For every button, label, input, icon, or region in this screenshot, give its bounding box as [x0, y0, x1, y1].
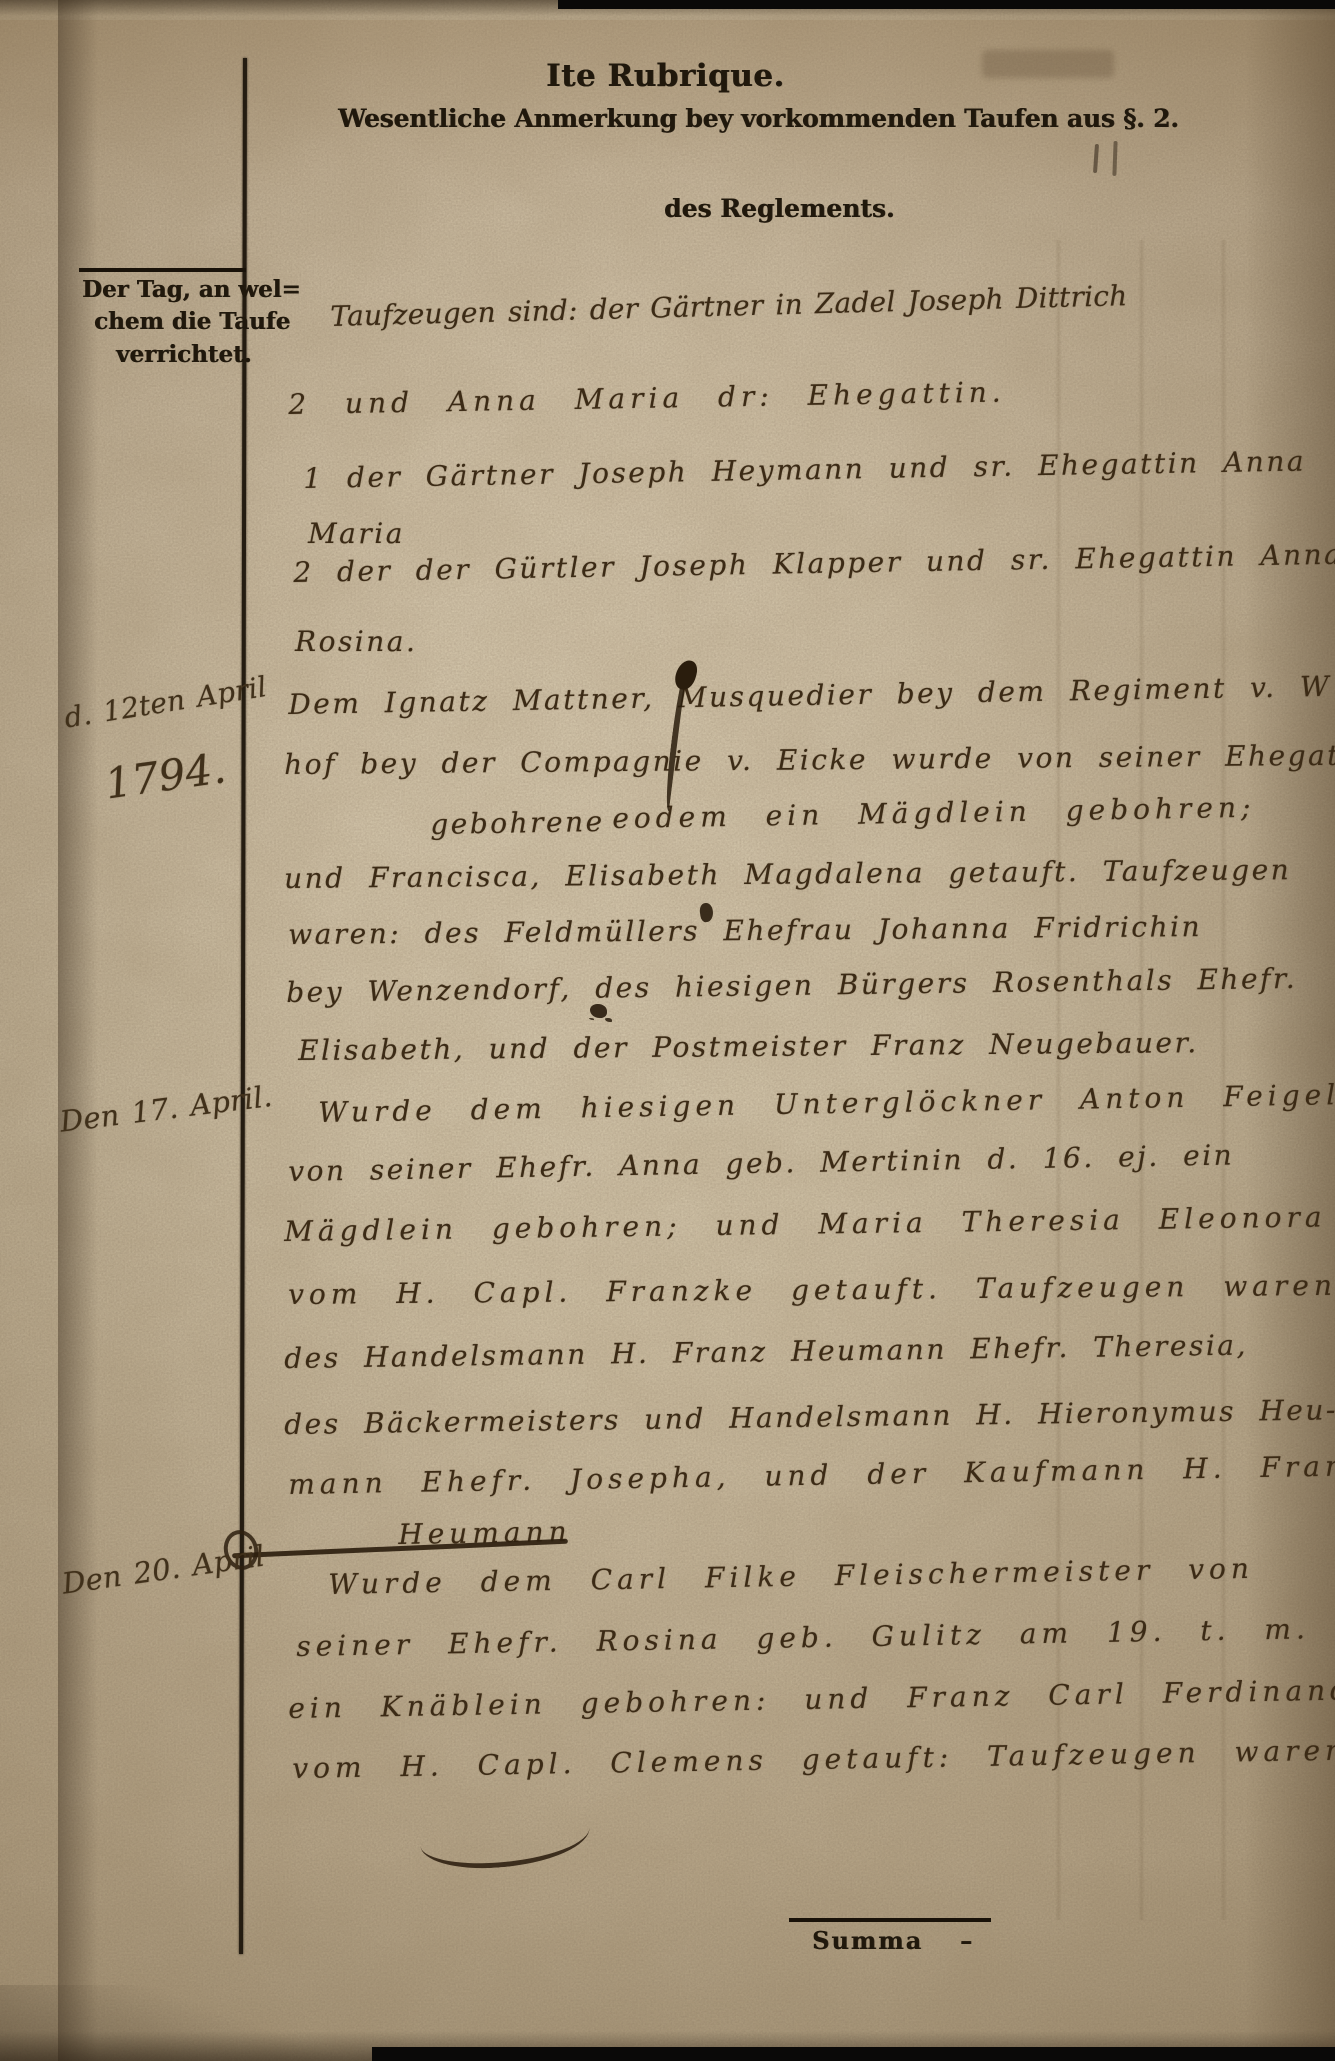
handwritten-line: Mägdlein gebohren; und Maria Theresia El…: [284, 1200, 1327, 1248]
register-page-scan: Ite Rubrique. Wesentliche Anmerkung bey …: [0, 0, 1335, 2061]
handwritten-line: hof bey der Compagnie v. Eicke wurde von…: [284, 738, 1335, 781]
handwritten-line: Wurde dem hiesigen Unterglöckner Anton F…: [318, 1078, 1335, 1129]
page-subtitle-line2: des Reglements.: [664, 194, 895, 223]
ink-bleedthrough: [982, 50, 1114, 78]
handwritten-line: Maria: [308, 517, 405, 550]
gutter-shadow: [58, 0, 98, 2061]
paper-crease: [1055, 240, 1062, 1920]
date-column-header-line: chem die Taufe: [94, 308, 290, 335]
handwritten-line: vom H. Capl. Clemens getauft: Taufzeugen…: [292, 1733, 1335, 1785]
handwritten-line: ein Knäblein gebohren: und Franz Carl Fe…: [288, 1673, 1335, 1725]
handwritten-line: des Bäckermeisters und Handelsmann H. Hi…: [284, 1393, 1335, 1441]
paper-crease: [1138, 240, 1145, 1920]
date-column-header-line: verrichtet.: [116, 341, 252, 368]
handwritten-line: von seiner Ehefr. Anna geb. Mertinin d. …: [288, 1138, 1234, 1188]
ink-tick-mark: [1093, 144, 1099, 173]
ink-blot: [590, 1004, 607, 1018]
handwritten-line: Dem Ignatz Mattner, Musquedier bey dem R…: [288, 670, 1331, 721]
summa-value: –: [960, 1926, 972, 1955]
handwritten-line: mann Ehefr. Josepha, und der Kaufmann H.…: [288, 1449, 1335, 1501]
page-subtitle-line1: Wesentliche Anmerkung bey vorkommenden T…: [338, 104, 1179, 133]
handwritten-line: waren: des Feldmüllers Ehefrau Johanna F…: [288, 910, 1202, 951]
handwritten-line: seiner Ehefr. Rosina geb. Gulitz am 19. …: [296, 1612, 1310, 1663]
handwritten-line: Wurde dem Carl Filke Fleischermeister vo…: [328, 1552, 1254, 1601]
handwritten-line: vom H. Capl. Franzke getauft. Taufzeugen…: [288, 1269, 1335, 1311]
handwritten-line: 2 der der Gürtler Joseph Klapper und sr.…: [293, 538, 1335, 589]
pen-flourish: [418, 1800, 592, 1873]
handwritten-line: 2 und Anna Maria dr: Ehegattin.: [288, 375, 1006, 421]
handwritten-line: des Handelsmann H. Franz Heumann Ehefr. …: [284, 1329, 1248, 1375]
date-entry-line: 1794.: [102, 743, 229, 808]
handwritten-line: Taufzeugen sind: der Gärtner in Zadel Jo…: [330, 279, 1128, 333]
summa-rule: [789, 1918, 991, 1922]
handwritten-line: bey Wenzendorf, des hiesigen Bürgers Ros…: [286, 962, 1297, 1009]
summa-label: Summa: [812, 1926, 923, 1955]
handwritten-line: 1 der Gärtner Joseph Heymann und sr. Ehe…: [303, 444, 1306, 494]
scan-bar-top: [558, 0, 1335, 9]
ink-tick-mark: [1112, 141, 1117, 176]
handwritten-line: und Francisca, Elisabeth Magdalena getau…: [284, 853, 1291, 895]
page-title: Ite Rubrique.: [546, 58, 785, 94]
date-column-header-line: Der Tag, an wel=: [82, 276, 301, 303]
handwritten-line: Heumann: [398, 1515, 572, 1551]
book-page-edges: [0, 0, 64, 2061]
column-header-rule: [79, 268, 246, 272]
handwritten-line: Elisabeth, und der Postmeister Franz Neu…: [298, 1026, 1199, 1067]
handwritten-line: gebohrene: [430, 805, 605, 841]
handwritten-line: eodem ein Mägdlein gebohren;: [612, 791, 1256, 835]
handwritten-line: Rosina.: [295, 625, 417, 658]
scan-bar-bottom: [372, 2047, 1335, 2061]
